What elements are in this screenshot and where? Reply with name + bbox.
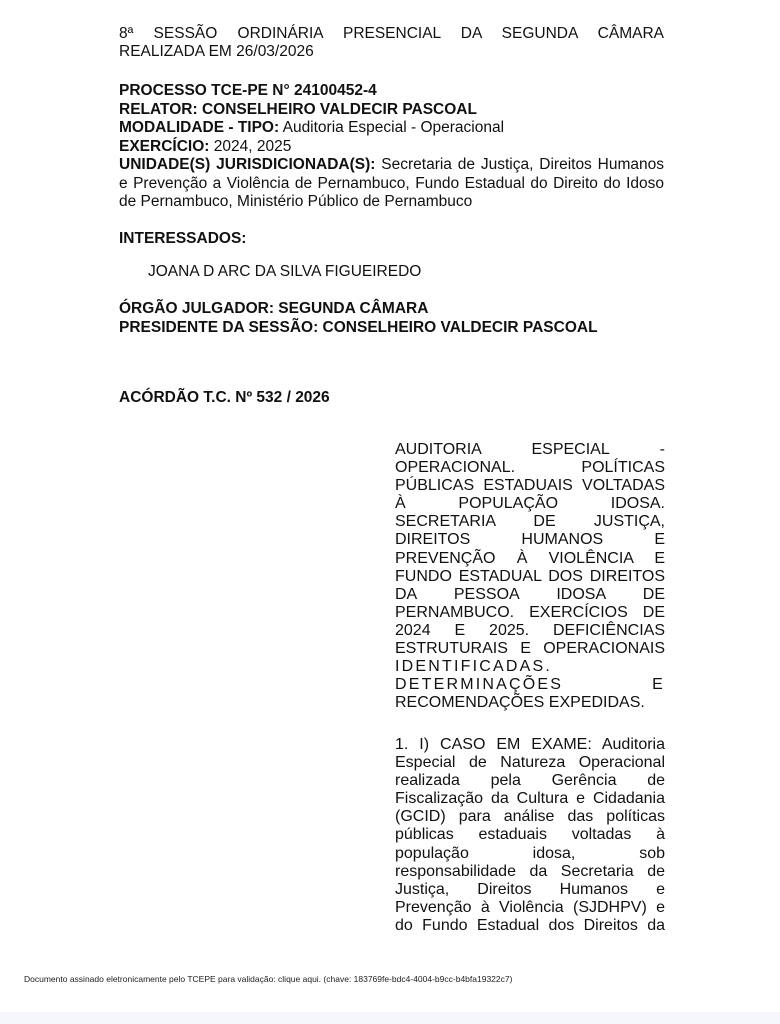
ementa-line: FUNDO ESTADUAL DOS DIREITOS xyxy=(395,568,665,586)
interested-party: JOANA D ARC DA SILVA FIGUEIREDO xyxy=(148,263,421,281)
document-page: 8ª SESSÃO ORDINÁRIA PRESENCIAL DA SEGUND… xyxy=(0,0,780,1012)
rapporteur: RELATOR: CONSELHEIRO VALDECIR PASCOAL xyxy=(119,101,664,120)
ementa-line: IDENTIFICADAS. xyxy=(395,658,665,676)
session-header: 8ª SESSÃO ORDINÁRIA PRESENCIAL DA SEGUND… xyxy=(119,25,664,61)
case-line: (GCID) para análise das políticas xyxy=(395,808,665,826)
signature-validation-link[interactable]: Documento assinado eletronicamente pelo … xyxy=(24,974,512,984)
modality-label: MODALIDADE - TIPO: xyxy=(119,119,279,136)
ruling-number: ACÓRDÃO T.C. Nº 532 / 2026 xyxy=(119,389,330,407)
ementa-line: DA PESSOA IDOSA DE xyxy=(395,586,665,604)
ementa-line: 2024 E 2025. DEFICIÊNCIAS xyxy=(395,622,665,640)
modality-value: Auditoria Especial - Operacional xyxy=(279,119,504,136)
case-line: do Fundo Estadual dos Direitos da xyxy=(395,917,665,935)
session-date: REALIZADA EM 26/03/2026 xyxy=(119,43,314,60)
case-line: Fiscalização da Cultura e Cidadania xyxy=(395,790,665,808)
ementa-line: AUDITORIA ESPECIAL - xyxy=(395,441,665,459)
modality: MODALIDADE - TIPO: Auditoria Especial - … xyxy=(119,119,664,138)
jurisdictional-units: UNIDADE(S) JURISDICIONADA(S): Secretaria… xyxy=(119,156,664,212)
session-president: PRESIDENTE DA SESSÃO: CONSELHEIRO VALDEC… xyxy=(119,318,598,337)
units-label: UNIDADE(S) JURISDICIONADA(S): xyxy=(119,156,375,173)
exercise-label: EXERCÍCIO: xyxy=(119,138,209,155)
case-line: Especial de Natureza Operacional xyxy=(395,754,665,772)
case-under-review: 1. I) CASO EM EXAME: AuditoriaEspecial d… xyxy=(395,736,665,935)
session-title: 8ª SESSÃO ORDINÁRIA PRESENCIAL DA SEGUND… xyxy=(119,25,664,43)
case-line: população idosa, sob xyxy=(395,845,665,863)
ementa-line: DIREITOS HUMANOS E xyxy=(395,531,665,549)
viewer-bottom-bar xyxy=(0,1012,780,1024)
case-line: públicas estaduais voltadas à xyxy=(395,826,665,844)
ementa-line: À POPULAÇÃO IDOSA. xyxy=(395,495,665,513)
judging-body: ÓRGÃO JULGADOR: SEGUNDA CÂMARA xyxy=(119,299,598,318)
judging-body-block: ÓRGÃO JULGADOR: SEGUNDA CÂMARA PRESIDENT… xyxy=(119,299,598,337)
ementa-line: SECRETARIA DE JUSTIÇA, xyxy=(395,513,665,531)
case-line: 1. I) CASO EM EXAME: Auditoria xyxy=(395,736,665,754)
process-metadata: PROCESSO TCE-PE N° 24100452-4 RELATOR: C… xyxy=(119,82,664,212)
case-line: responsabilidade da Secretaria de xyxy=(395,863,665,881)
exercise-value: 2024, 2025 xyxy=(209,138,291,155)
process-number: PROCESSO TCE-PE N° 24100452-4 xyxy=(119,82,664,101)
ementa-line: PREVENÇÃO À VIOLÊNCIA E xyxy=(395,550,665,568)
exercise: EXERCÍCIO: 2024, 2025 xyxy=(119,138,664,157)
ementa-line: DETERMINAÇÕES E xyxy=(395,676,665,694)
ementa-summary: AUDITORIA ESPECIAL -OPERACIONAL. POLÍTIC… xyxy=(395,441,665,712)
ementa-line: ESTRUTURAIS E OPERACIONAIS xyxy=(395,640,665,658)
ementa-line: RECOMENDAÇÕES EXPEDIDAS. xyxy=(395,694,665,712)
ementa-line: PÚBLICAS ESTADUAIS VOLTADAS xyxy=(395,477,665,495)
ementa-line: PERNAMBUCO. EXERCÍCIOS DE xyxy=(395,604,665,622)
interested-parties-label: INTERESSADOS: xyxy=(119,230,246,248)
case-line: realizada pela Gerência de xyxy=(395,772,665,790)
case-line: Justiça, Direitos Humanos e xyxy=(395,881,665,899)
ementa-line: OPERACIONAL. POLÍTICAS xyxy=(395,459,665,477)
case-line: Prevenção à Violência (SJDHPV) e xyxy=(395,899,665,917)
